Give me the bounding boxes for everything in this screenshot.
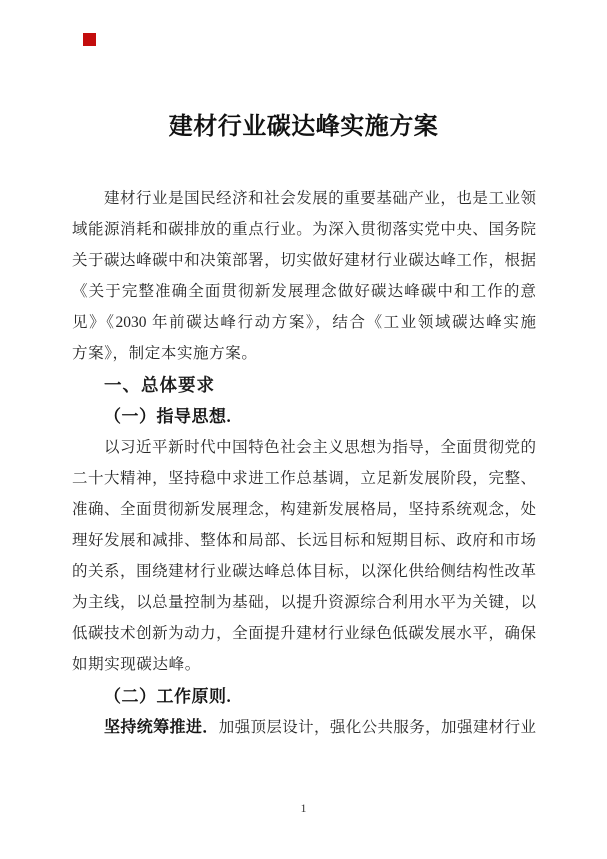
text-line: 以习近平新时代中国特色社会主义思想为指导，全面贯彻党的 <box>72 432 536 463</box>
text-line: 域能源消耗和碳排放的重点行业。为深入贯彻落实党中央、国务院 <box>72 214 536 245</box>
section-heading: 一、总体要求 <box>72 370 536 401</box>
red-square-marker <box>83 33 96 46</box>
text-line: 准确、全面贯彻新发展理念，构建新发展格局，坚持系统观念，处 <box>72 494 536 525</box>
subsection-heading: （二）工作原则. <box>72 681 536 712</box>
subsection-heading: （一）指导思想. <box>72 401 536 432</box>
document-title: 建材行业碳达峰实施方案 <box>0 106 607 141</box>
text-line: 关于碳达峰碳中和决策部署，切实做好建材行业碳达峰工作，根据 <box>72 245 536 276</box>
text-line: 《关于完整准确全面贯彻新发展理念做好碳达峰碳中和工作的意 <box>72 276 536 307</box>
text-line: 理好发展和减排、整体和局部、长远目标和短期目标、政府和市场 <box>72 525 536 556</box>
text-line: 的关系，围绕建材行业碳达峰总体目标，以深化供给侧结构性改革 <box>72 556 536 587</box>
text-line: 方案》，制定本实施方案。 <box>72 338 536 369</box>
text-line: 如期实现碳达峰。 <box>72 649 536 680</box>
bold-lead-text: 坚持统筹推进． <box>104 719 219 736</box>
text-line: 坚持统筹推进．加强顶层设计，强化公共服务，加强建材行业 <box>72 712 536 743</box>
text-line: 为主线，以总量控制为基础，以提升资源综合利用水平为关键，以 <box>72 587 536 618</box>
text-line: 二十大精神，坚持稳中求进工作总基调，立足新发展阶段，完整、 <box>72 463 536 494</box>
paragraph-text: 加强顶层设计，强化公共服务，加强建材行业 <box>219 719 536 736</box>
document-body: 建材行业是国民经济和社会发展的重要基础产业，也是工业领 域能源消耗和碳排放的重点… <box>72 183 536 743</box>
document-page: 建材行业碳达峰实施方案 建材行业是国民经济和社会发展的重要基础产业，也是工业领 … <box>0 0 607 859</box>
text-line: 低碳技术创新为动力，全面提升建材行业绿色低碳发展水平，确保 <box>72 618 536 649</box>
text-line: 见》《2030 年前碳达峰行动方案》，结合《工业领域碳达峰实施 <box>72 307 536 338</box>
page-number: 1 <box>0 801 607 816</box>
text-line: 建材行业是国民经济和社会发展的重要基础产业，也是工业领 <box>72 183 536 214</box>
